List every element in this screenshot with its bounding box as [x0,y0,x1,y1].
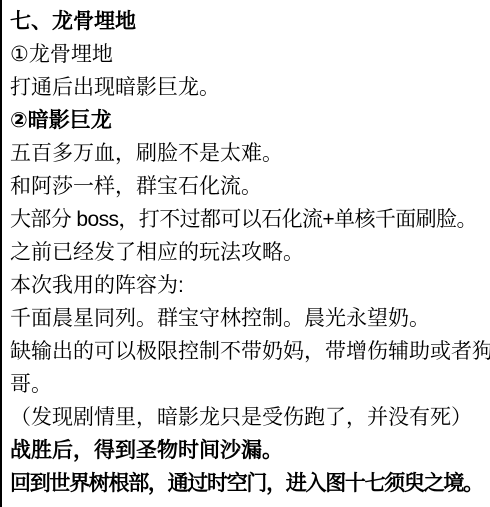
text-line: 回到世界树根部，通过时空门，进入图十七须臾之境。 [10,467,490,500]
text-line: 打通后出现暗影巨龙。 [10,71,490,104]
document-body: 七、龙骨埋地①龙骨埋地打通后出现暗影巨龙。②暗影巨龙五百多万血，刷脸不是太难。和… [10,5,490,500]
text-line: ①龙骨埋地 [10,38,490,71]
text-line: 七、龙骨埋地 [10,5,490,38]
document-page: 七、龙骨埋地①龙骨埋地打通后出现暗影巨龙。②暗影巨龙五百多万血，刷脸不是太难。和… [0,0,490,507]
text-line: （发现剧情里，暗影龙只是受伤跑了，并没有死） [10,401,490,434]
text-line: ②暗影巨龙 [10,104,490,137]
text-line: 和阿莎一样，群宝石化流。 [10,170,490,203]
text-line: 哥。 [10,368,490,401]
text-line: 本次我用的阵容为: [10,269,490,302]
text-line: 之前已经发了相应的玩法攻略。 [10,236,490,269]
text-line: 千面晨星同列。群宝守林控制。晨光永望奶。 [10,302,490,335]
text-line: 战胜后，得到圣物时间沙漏。 [10,434,490,467]
text-line: 缺输出的可以极限控制不带奶妈，带增伤辅助或者狗 [10,335,490,368]
text-line: 五百多万血，刷脸不是太难。 [10,137,490,170]
text-line: 大部分 boss，打不过都可以石化流+单核千面刷脸。 [10,203,490,236]
